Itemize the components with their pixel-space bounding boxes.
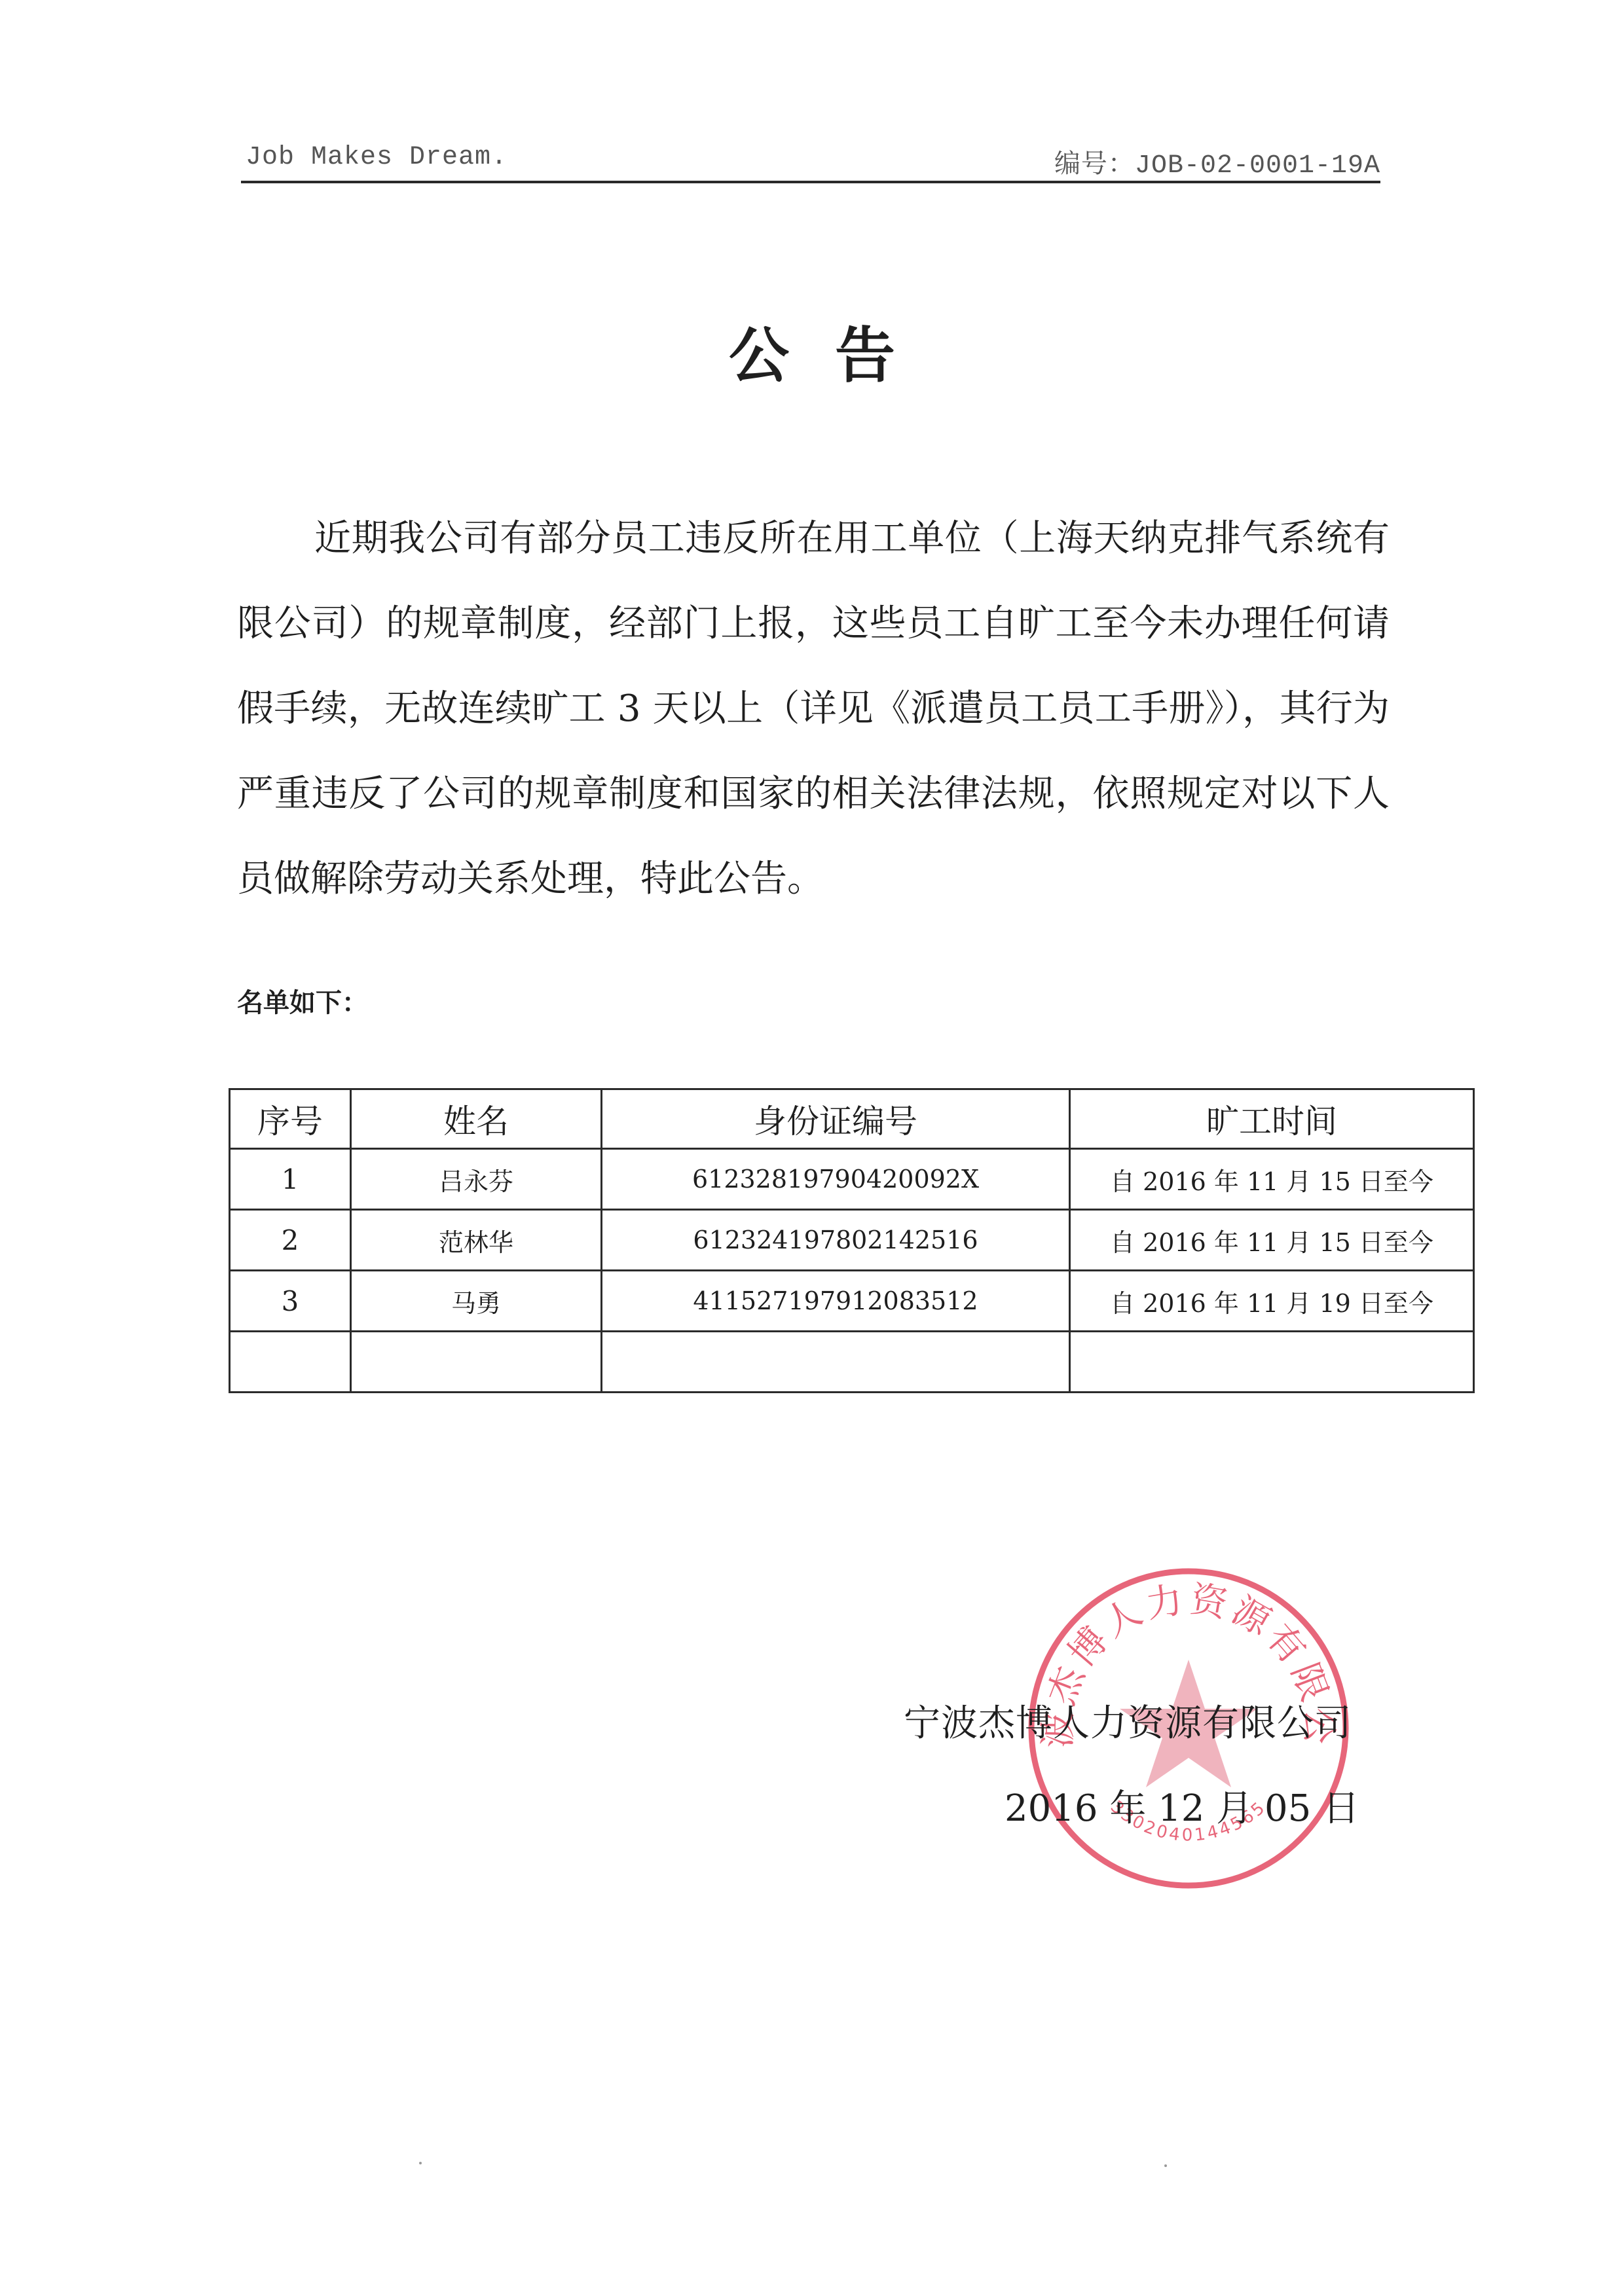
cell-name: 马勇 bbox=[351, 1271, 602, 1332]
cell-absent-since bbox=[1070, 1332, 1474, 1393]
cell-id: 411527197912083512 bbox=[602, 1271, 1070, 1332]
cell-id: 61232819790420092X bbox=[602, 1149, 1070, 1210]
dismissal-table: 序号 姓名 身份证编号 旷工时间 1 吕永芬 61232819790420092… bbox=[229, 1088, 1475, 1393]
notice-paragraph: 近期我公司有部分员工违反所在用工单位（上海天纳克排气系统有限公司）的规章制度，经… bbox=[237, 496, 1390, 922]
scan-speck bbox=[419, 2162, 422, 2164]
list-label: 名单如下： bbox=[237, 982, 368, 1019]
cell-no: 2 bbox=[230, 1210, 351, 1271]
cell-no: 1 bbox=[230, 1149, 351, 1210]
table-row-empty bbox=[230, 1332, 1474, 1393]
table-header-row: 序号 姓名 身份证编号 旷工时间 bbox=[230, 1089, 1474, 1149]
header-slogan: Job Makes Dream. bbox=[246, 143, 507, 172]
cell-id bbox=[602, 1332, 1070, 1393]
header-divider bbox=[241, 181, 1380, 183]
table-row: 1 吕永芬 61232819790420092X 自 2016 年 11 月 1… bbox=[230, 1149, 1474, 1210]
table-row: 2 范林华 612324197802142516 自 2016 年 11 月 1… bbox=[230, 1210, 1474, 1271]
col-header-absent-time: 旷工时间 bbox=[1070, 1089, 1474, 1149]
cell-absent-since: 自 2016 年 11 月 19 日至今 bbox=[1070, 1271, 1474, 1332]
scan-speck bbox=[1164, 2164, 1167, 2167]
cell-id: 612324197802142516 bbox=[602, 1210, 1070, 1271]
col-header-no: 序号 bbox=[230, 1089, 351, 1149]
cell-no bbox=[230, 1332, 351, 1393]
cell-absent-since: 自 2016 年 11 月 15 日至今 bbox=[1070, 1149, 1474, 1210]
cell-name: 吕永芬 bbox=[351, 1149, 602, 1210]
col-header-name: 姓名 bbox=[351, 1089, 602, 1149]
signature-company: 宁波杰博人力资源有限公司 bbox=[904, 1694, 1352, 1747]
cell-absent-since: 自 2016 年 11 月 15 日至今 bbox=[1070, 1210, 1474, 1271]
col-header-id: 身份证编号 bbox=[602, 1089, 1070, 1149]
page-title: 公告 bbox=[0, 308, 1624, 394]
cell-no: 3 bbox=[230, 1271, 351, 1332]
signature-date: 2016 年 12 月 05 日 bbox=[1005, 1779, 1359, 1832]
table-row: 3 马勇 411527197912083512 自 2016 年 11 月 19… bbox=[230, 1271, 1474, 1332]
header-doc-number: 编号：JOB-02-0001-19A bbox=[1054, 143, 1380, 181]
cell-name bbox=[351, 1332, 602, 1393]
cell-name: 范林华 bbox=[351, 1210, 602, 1271]
